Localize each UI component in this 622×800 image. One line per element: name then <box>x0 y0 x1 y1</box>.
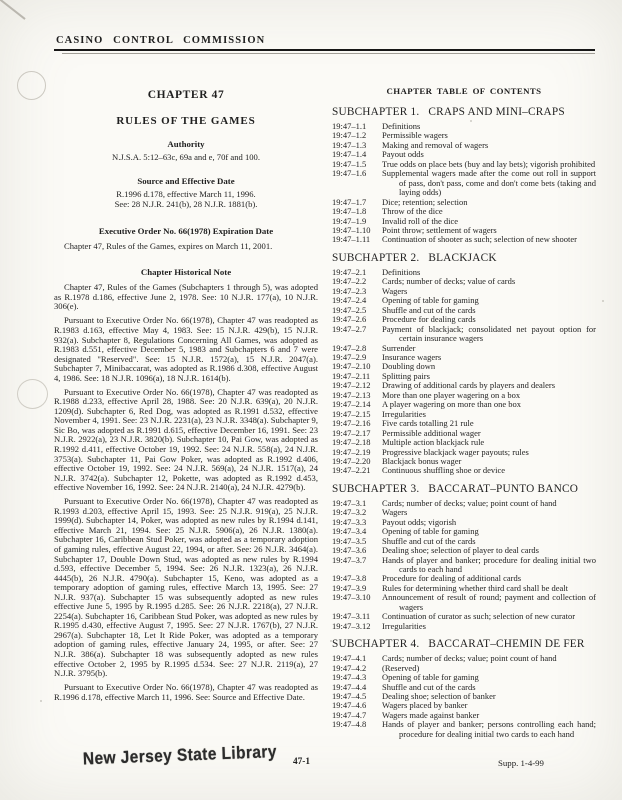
toc-entry: 19:47–3.11 Continuation of curator as su… <box>332 612 596 621</box>
toc-entry-title: Cards; number of decks; value; point cou… <box>382 499 596 508</box>
left-column: CHAPTER 47 RULES OF THE GAMES Authority … <box>54 84 318 739</box>
historical-paragraph: Chapter 47, Rules of the Games (Subchapt… <box>54 283 318 312</box>
toc-entry: 19:47–1.11 Continuation of shooter as su… <box>332 235 596 244</box>
header-rule-shadow <box>62 53 595 54</box>
corner-scratch-artifact <box>0 0 26 19</box>
page-body: CHAPTER 47 RULES OF THE GAMES Authority … <box>54 84 596 739</box>
toc-subchapter: SUBCHAPTER 2.BLACKJACK 19:47–2.1 Definit… <box>332 252 596 476</box>
subchapter-name: BACCARAT–CHEMIN DE FER <box>428 638 584 650</box>
toc-entry: 19:47–2.2 Cards; number of decks; value … <box>332 277 596 286</box>
toc-entry: 19:47–1.7 Dice; retention; selection <box>332 198 596 207</box>
authority-text: N.J.S.A. 5:12–63c, 69a and e, 70f and 10… <box>54 153 318 163</box>
subchapter-entries: 19:47–1.1 Definitions 19:47–1.2 Permissi… <box>332 122 596 245</box>
authority-heading: Authority <box>54 139 318 149</box>
historical-paragraph: Pursuant to Executive Order No. 66(1978)… <box>54 316 318 383</box>
toc-entry: 19:47–2.19 Progressive blackjack wager p… <box>332 448 596 457</box>
page-number: 47-1 <box>293 757 310 767</box>
toc-entry-title: Announcement of result of round; payment… <box>382 593 596 612</box>
historical-paragraph: Pursuant to Executive Order No. 66(1978)… <box>54 497 318 678</box>
agency-header: CASINO CONTROL COMMISSION <box>56 35 265 46</box>
scan-speck <box>602 300 604 302</box>
subchapter-heading: SUBCHAPTER 2.BLACKJACK <box>332 252 596 264</box>
subchapter-heading: SUBCHAPTER 3.BACCARAT–PUNTO BANCO <box>332 483 596 495</box>
toc-entry-title: Irregularities <box>382 622 596 631</box>
subchapter-name: BLACKJACK <box>428 252 496 264</box>
toc-subchapters: SUBCHAPTER 1.CRAPS AND MINI–CRAPS 19:47–… <box>332 106 596 739</box>
toc-entry-number: 19:47–2.7 <box>332 325 382 344</box>
supplement-date: Supp. 1-4-99 <box>498 758 544 768</box>
subchapter-label: SUBCHAPTER 3. <box>332 483 419 495</box>
toc-entry-number: 19:47–2.21 <box>332 466 382 475</box>
subchapter-label: SUBCHAPTER 2. <box>332 252 419 264</box>
toc-subchapter: SUBCHAPTER 4.BACCARAT–CHEMIN DE FER 19:4… <box>332 638 596 739</box>
toc-entry-title: Supplemental wagers made after the come … <box>382 169 596 197</box>
toc-entry: 19:47–1.3 Making and removal of wagers <box>332 141 596 150</box>
subchapter-label: SUBCHAPTER 4. <box>332 638 419 650</box>
subchapter-entries: 19:47–2.1 Definitions 19:47–2.2 Cards; n… <box>332 268 596 476</box>
toc-entry-number: 19:47–3.12 <box>332 622 382 631</box>
toc-entry: 19:47–3.12 Irregularities <box>332 622 596 631</box>
chapter-heading: CHAPTER 47 <box>54 89 318 101</box>
subchapter-label: SUBCHAPTER 1. <box>332 106 419 118</box>
toc-heading: CHAPTER TABLE OF CONTENTS <box>332 86 596 96</box>
historical-note-heading: Chapter Historical Note <box>54 267 318 277</box>
toc-subchapter: SUBCHAPTER 1.CRAPS AND MINI–CRAPS 19:47–… <box>332 106 596 245</box>
subchapter-entries: 19:47–3.1 Cards; number of decks; value;… <box>332 499 596 631</box>
punch-hole-top <box>17 71 46 100</box>
toc-entry: 19:47–1.6 Supplemental wagers made after… <box>332 169 596 197</box>
toc-entry-title: Continuation of shooter as such; selecti… <box>382 235 596 244</box>
toc-entry: 19:47–1.1 Definitions <box>332 122 596 131</box>
toc-entry: 19:47–4.8 Hands of player and banker; pe… <box>332 720 596 739</box>
header-rule <box>54 49 595 51</box>
toc-entry: 19:47–3.1 Cards; number of decks; value;… <box>332 499 596 508</box>
toc-entry: 19:47–2.8 Surrender <box>332 344 596 353</box>
toc-entry: 19:47–1.8 Throw of the dice <box>332 207 596 216</box>
right-column: CHAPTER TABLE OF CONTENTS SUBCHAPTER 1.C… <box>332 84 596 739</box>
scan-speck <box>40 700 42 702</box>
punch-hole-middle <box>17 379 48 409</box>
toc-entry-number: 19:47–3.10 <box>332 593 382 612</box>
toc-entry: 19:47–3.2 Wagers <box>332 508 596 517</box>
toc-entry-number: 19:47–1.11 <box>332 235 382 244</box>
toc-entry-number: 19:47–3.7 <box>332 556 382 575</box>
expiration-text: Chapter 47, Rules of the Games, expires … <box>54 242 318 252</box>
chapter-title: RULES OF THE GAMES <box>54 115 318 127</box>
historical-paragraph: Pursuant to Executive Order No. 66(1978)… <box>54 683 318 702</box>
toc-entry: 19:47–2.9 Insurance wagers <box>332 353 596 362</box>
toc-entry: 19:47–2.21 Continuous shuffling shoe or … <box>332 466 596 475</box>
subchapter-entries: 19:47–4.1 Cards; number of decks; value;… <box>332 654 596 739</box>
toc-entry-number: 19:47–4.8 <box>332 720 382 739</box>
toc-entry: 19:47–2.14 A player wagering on more tha… <box>332 400 596 409</box>
source-heading: Source and Effective Date <box>54 176 318 186</box>
subchapter-heading: SUBCHAPTER 1.CRAPS AND MINI–CRAPS <box>332 106 596 118</box>
subchapter-name: CRAPS AND MINI–CRAPS <box>428 106 564 118</box>
toc-entry: 19:47–3.10 Announcement of result of rou… <box>332 593 596 612</box>
toc-entry-title: Cards; number of decks; value of cards <box>382 277 596 286</box>
historical-paragraph: Pursuant to Executive Order No. 66(1978)… <box>54 388 318 493</box>
historical-paragraphs: Chapter 47, Rules of the Games (Subchapt… <box>54 283 318 702</box>
toc-entry-title: Hands of player and banker; procedure fo… <box>382 556 596 575</box>
subchapter-name: BACCARAT–PUNTO BANCO <box>428 483 578 495</box>
toc-entry: 19:47–2.10 Doubling down <box>332 362 596 371</box>
toc-entry-title: Hands of player and banker; persons cont… <box>382 720 596 739</box>
toc-entry: 19:47–4.1 Cards; number of decks; value;… <box>332 654 596 663</box>
source-line: See: 28 N.J.R. 241(b), 28 N.J.R. 1881(b)… <box>54 200 318 210</box>
scanned-page: CASINO CONTROL COMMISSION CHAPTER 47 RUL… <box>0 0 622 800</box>
toc-entry-number: 19:47–1.6 <box>332 169 382 197</box>
toc-entry-title: Payment of blackjack; consolidated net p… <box>382 325 596 344</box>
toc-entry-title: Continuous shuffling shoe or device <box>382 466 596 475</box>
subchapter-heading: SUBCHAPTER 4.BACCARAT–CHEMIN DE FER <box>332 638 596 650</box>
toc-entry: 19:47–3.7 Hands of player and banker; pr… <box>332 556 596 575</box>
library-stamp: New Jersey State Library <box>83 742 278 770</box>
toc-entry: 19:47–2.7 Payment of blackjack; consolid… <box>332 325 596 344</box>
toc-subchapter: SUBCHAPTER 3.BACCARAT–PUNTO BANCO 19:47–… <box>332 483 596 631</box>
expiration-heading: Executive Order No. 66(1978) Expiration … <box>54 226 318 236</box>
